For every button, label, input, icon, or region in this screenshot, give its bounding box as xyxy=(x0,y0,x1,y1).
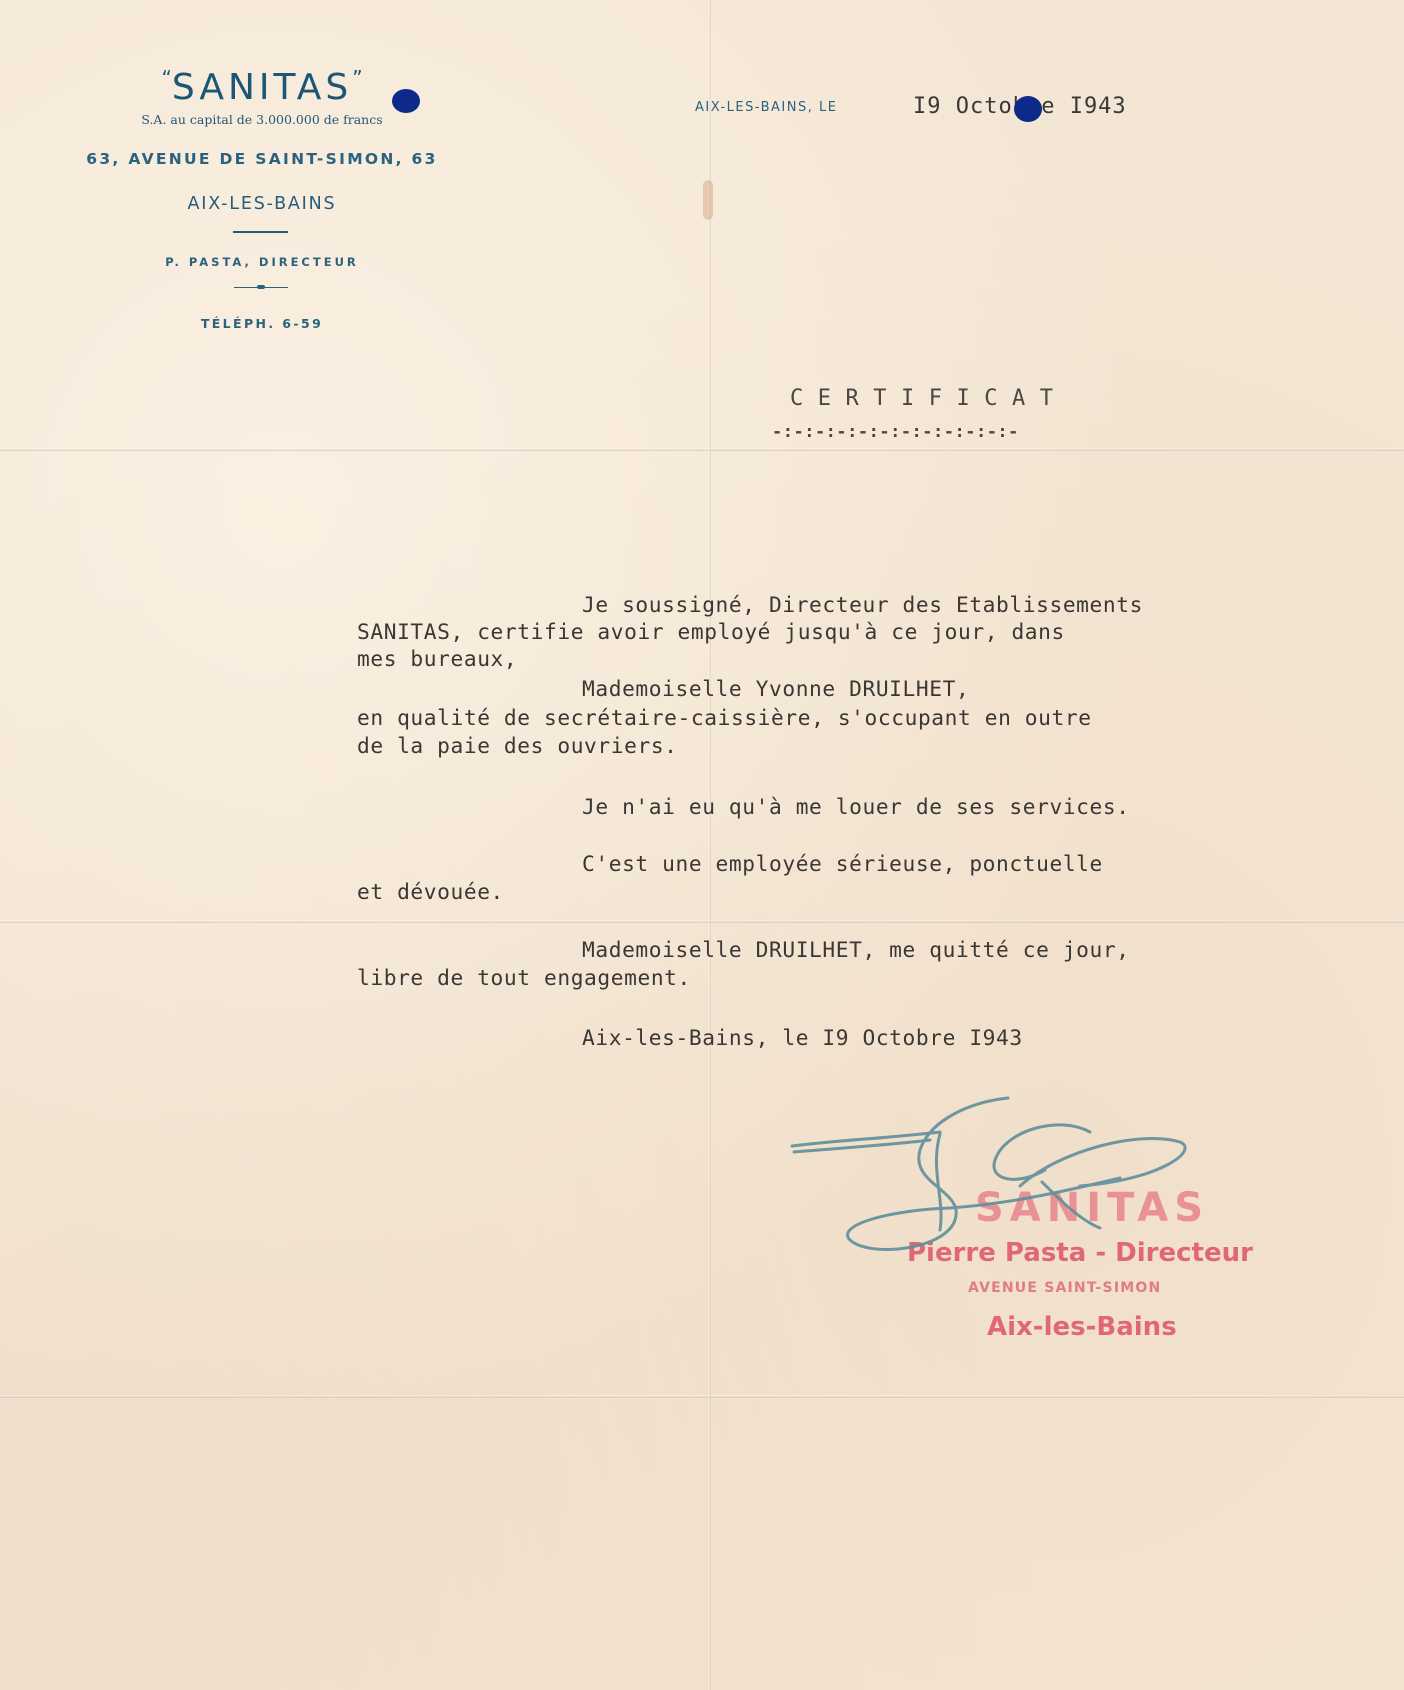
body-line: C'est une employée sérieuse, ponctuelle xyxy=(582,853,1103,874)
certificate-title: CERTIFICAT xyxy=(790,386,1067,411)
scanned-certificate-page: { "letterhead": { "brand": "SANITAS", "o… xyxy=(0,0,1404,1690)
body-line: en qualité de secrétaire-caissière, s'oc… xyxy=(357,707,1092,728)
body-line: SANITAS, certifie avoir employé jusqu'à … xyxy=(357,621,1065,642)
certificate-title-underline: -:-:-:-:-:-:-:-:-:-:-:- xyxy=(772,422,1019,442)
body-line: de la paie des ouvriers. xyxy=(357,735,678,756)
letterhead-capital: S.A. au capital de 3.000.000 de francs xyxy=(60,112,464,127)
letterhead-address: 63, AVENUE DE SAINT-SIMON, 63 xyxy=(60,150,464,168)
ink-blot xyxy=(1014,96,1042,122)
date-label: AIX-LES-BAINS, LE xyxy=(695,100,837,115)
letterhead-ornament-dot xyxy=(257,285,265,289)
letterhead-divider xyxy=(233,231,288,233)
paper-fold-line xyxy=(0,1395,1404,1398)
stamp-street: AVENUE SAINT-SIMON xyxy=(968,1280,1161,1296)
body-line-employee-name: Mademoiselle Yvonne DRUILHET, xyxy=(582,678,969,699)
letterhead-city: AIX-LES-BAINS xyxy=(60,194,464,214)
paper-fold-line xyxy=(0,448,1404,451)
handwritten-signature xyxy=(780,1090,1200,1270)
body-line: mes bureaux, xyxy=(357,648,517,669)
body-line: Mademoiselle DRUILHET, me quitté ce jour… xyxy=(582,939,1130,960)
body-line: libre de tout engagement. xyxy=(357,967,691,988)
paper-stain xyxy=(703,180,713,220)
body-line: et dévouée. xyxy=(357,881,504,902)
paper-fold-line xyxy=(0,920,1404,923)
paper-fold-line xyxy=(708,0,711,1690)
stamp-city: Aix-les-Bains xyxy=(987,1312,1177,1342)
letterhead-director: P. PASTA, DIRECTEUR xyxy=(60,255,464,269)
body-line: Je n'ai eu qu'à me louer de ses services… xyxy=(582,796,1130,817)
letterhead-phone: TÉLÉPH. 6-59 xyxy=(60,316,464,331)
body-closing-date: Aix-les-Bains, le I9 Octobre I943 xyxy=(582,1027,1023,1048)
ink-blot xyxy=(392,89,420,113)
body-line: Je soussigné, Directeur des Etablissemen… xyxy=(582,594,1143,615)
